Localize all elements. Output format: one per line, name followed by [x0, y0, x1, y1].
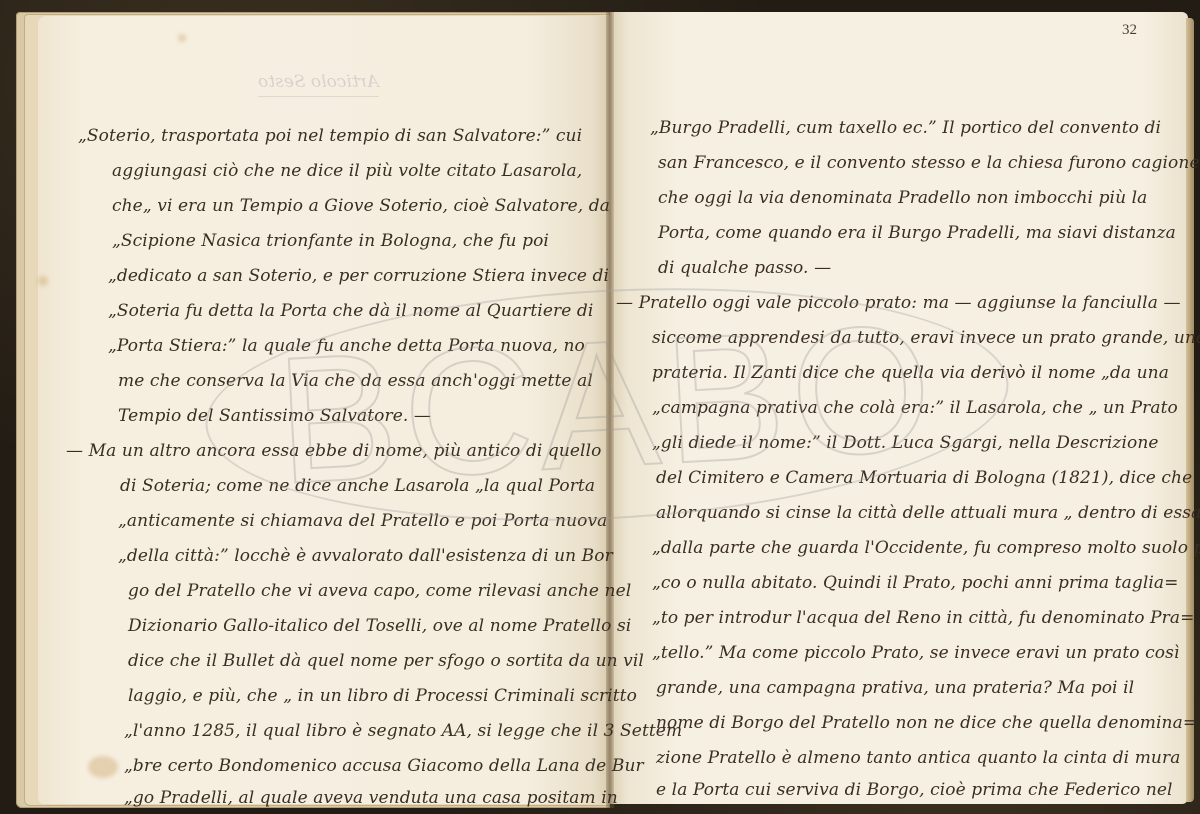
text-line: dice che il Bullet dà quel nome per sfog…: [128, 653, 644, 670]
text-line: zione Pratello è almeno tanto antica qua…: [656, 750, 1180, 767]
foxing-stain: [88, 756, 118, 778]
text-line: „Burgo Pradelli, cum taxello ec.” Il por…: [650, 120, 1161, 137]
text-line: siccome apprendesi da tutto, eravi invec…: [652, 330, 1200, 347]
text-line: „bre certo Bondomenico accusa Giacomo de…: [124, 758, 644, 775]
text-line: „go Pradelli, al quale aveva venduta una…: [124, 790, 618, 807]
text-line: me che conserva la Via che da essa anch'…: [118, 373, 593, 390]
text-line: che„ vi era un Tempio a Giove Soterio, c…: [112, 198, 610, 215]
text-line: Tempio del Santissimo Salvatore. —: [118, 408, 431, 425]
text-line: laggio, e più, che „ in un libro di Proc…: [128, 688, 637, 705]
text-line: „co o nulla abitato. Quindi il Prato, po…: [652, 575, 1178, 592]
text-line: „gli diede il nome:” il Dott. Luca Sgarg…: [652, 435, 1159, 452]
text-line: Porta, come quando era il Burgo Pradelli…: [658, 225, 1176, 242]
text-line: grande, una campagna prativa, una prater…: [656, 680, 1134, 697]
text-line: „dalla parte che guarda l'Occidente, fu …: [652, 540, 1200, 557]
right-page-edge: [1186, 18, 1194, 802]
text-line: „della città:” locchè è avvalorato dall'…: [118, 548, 613, 565]
text-line: — Pratello oggi vale piccolo prato: ma —…: [616, 295, 1181, 312]
text-line: — Ma un altro ancora essa ebbe di nome, …: [66, 443, 601, 460]
page-number: 32: [1122, 22, 1137, 39]
text-line: di qualche passo. —: [658, 260, 831, 277]
text-line: e la Porta cui serviva di Borgo, cioè pr…: [656, 782, 1173, 799]
text-line: „Scipione Nasica trionfante in Bologna, …: [112, 233, 549, 250]
text-line: „Soterio, trasportata poi nel tempio di …: [78, 128, 582, 145]
text-line: Dizionario Gallo-italico del Toselli, ov…: [128, 618, 631, 635]
show-through-heading: Articolo Sesto: [258, 72, 379, 97]
foxing-stain: [38, 276, 48, 286]
text-line: „l'anno 1285, il qual libro è segnato AA…: [124, 723, 682, 740]
text-line: allorquando si cinse la città delle attu…: [656, 505, 1200, 522]
text-line: del Cimitero e Camera Mortuaria di Bolog…: [656, 470, 1192, 487]
text-line: nome di Borgo del Pratello non ne dice c…: [656, 715, 1197, 732]
text-line: „anticamente si chiamava del Pratello e …: [118, 513, 607, 530]
text-line: che oggi la via denominata Pradello non …: [658, 190, 1147, 207]
text-line: „campagna prativa che colà era:” il Lasa…: [652, 400, 1178, 417]
text-line: aggiungasi ciò che ne dice il più volte …: [112, 163, 582, 180]
text-line: prateria. Il Zanti dice che quella via d…: [652, 365, 1169, 382]
text-line: go del Pratello che vi aveva capo, come …: [128, 583, 631, 600]
text-line: „to per introdur l'acqua del Reno in cit…: [652, 610, 1194, 627]
foxing-stain: [178, 34, 186, 42]
text-line: „Porta Stiera:” la quale fu anche detta …: [108, 338, 585, 355]
text-line: san Francesco, e il convento stesso e la…: [658, 155, 1200, 172]
text-line: di Soteria; come ne dice anche Lasarola …: [120, 478, 595, 495]
text-line: „Soteria fu detta la Porta che dà il nom…: [108, 303, 593, 320]
text-line: „tello.” Ma come piccolo Prato, se invec…: [652, 645, 1179, 662]
text-line: „dedicato a san Soterio, e per corruzion…: [108, 268, 609, 285]
